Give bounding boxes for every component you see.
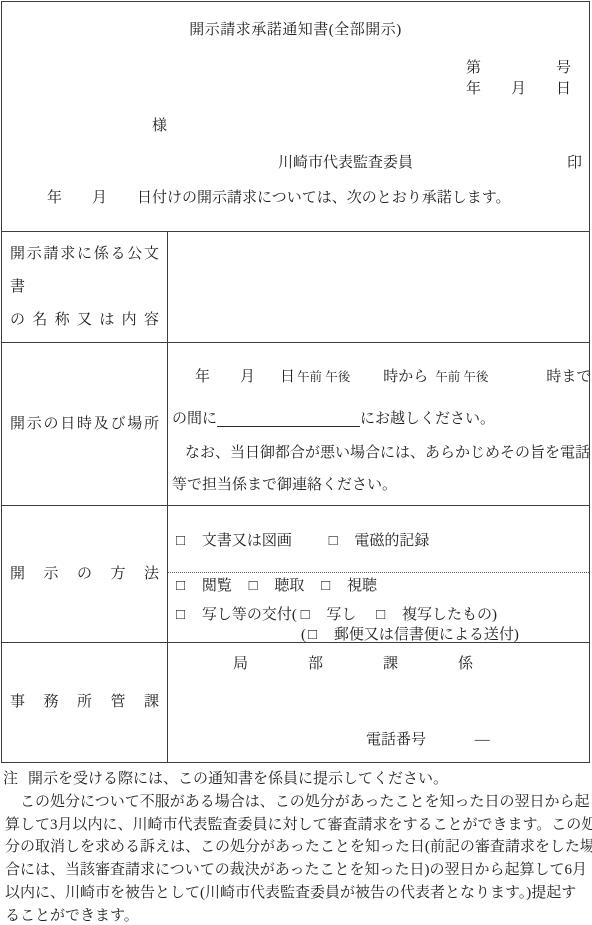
datetime-line: 年 月 日 午前 午後 時から 午前 午後 時まで bbox=[168, 360, 589, 394]
phone-dash: ― bbox=[475, 732, 490, 748]
time-until-label: 時まで bbox=[546, 370, 591, 385]
label-method-text: 開示の方法 bbox=[10, 558, 159, 591]
label-document-name-line1: 開示請求に係る公文書 bbox=[10, 238, 159, 304]
pm-label: 午後 bbox=[463, 370, 488, 384]
checkbox-icon: □ bbox=[308, 628, 317, 643]
ampm-stack-end: 午前 午後 bbox=[435, 370, 488, 385]
issuer-line: 川崎市代表監査委員 印 bbox=[278, 156, 582, 171]
datetime-place-cell: 年 月 日 午前 午後 時から 午前 午後 時まで の間ににお越しください。 bbox=[168, 342, 589, 505]
ampm-stack-start: 午前 午後 bbox=[297, 370, 350, 385]
doc-date-line: 年 月 日 bbox=[466, 82, 571, 97]
visit-suffix: にお越しください。 bbox=[360, 411, 495, 427]
document-page: 開示請求承諾通知書(全部開示) 第 号 年 月 日 様 川崎市代表監査委員 印 … bbox=[0, 0, 592, 925]
doc-title: 開示請求承諾通知書(全部開示) bbox=[2, 23, 589, 38]
month-label: 月 bbox=[240, 370, 255, 385]
label-document-name: 開示請求に係る公文書 の名称又は内容 bbox=[2, 231, 168, 342]
document-name-field bbox=[168, 231, 589, 342]
disclosure-table: 開示請求に係る公文書 の名称又は内容 開示の日時及び場所 年 月 日 午前 午後… bbox=[2, 231, 589, 762]
phone-line: 電話番号 ― bbox=[366, 733, 490, 748]
method-row-inspection: □ 閲覧 □ 聴取 □ 視聴 bbox=[176, 579, 377, 594]
checkbox-icon: □ bbox=[301, 608, 310, 623]
method-row-mail: (□ 郵便又は信書便による送付) bbox=[301, 628, 519, 643]
label-office-text: 事務所管課 bbox=[10, 686, 159, 719]
checkbox-icon: □ bbox=[176, 608, 185, 623]
checkbox-icon: □ bbox=[176, 534, 185, 549]
note-line: 合には、当該審査請求についての裁決があったことを知った日)の翌日から起算して6月 bbox=[5, 859, 590, 882]
option-mail-delivery: 郵便又は信書便による送付) bbox=[334, 627, 519, 643]
option-document-or-drawing: 文書又は図画 bbox=[202, 533, 292, 549]
visit-prefix: の間に bbox=[172, 411, 217, 427]
option-view: 閲覧 bbox=[202, 578, 232, 594]
year-label: 年 bbox=[195, 370, 210, 385]
checkbox-icon: □ bbox=[249, 579, 258, 594]
note-line: 注開示を受ける際には、この通知書を係員に提示してください。 bbox=[3, 768, 590, 791]
visit-line: の間ににお越しください。 bbox=[172, 411, 495, 427]
remark-line-2: 等で担当係まで御連絡ください。 bbox=[172, 478, 397, 493]
option-copy: 写し bbox=[326, 607, 356, 623]
time-from-label: 時から bbox=[383, 370, 428, 385]
pm-label: 午後 bbox=[325, 370, 350, 384]
note-line: ることができます。 bbox=[5, 905, 590, 925]
am-label: 午前 bbox=[297, 370, 322, 384]
checkbox-icon: □ bbox=[329, 534, 338, 549]
seal-mark: 印 bbox=[567, 156, 582, 171]
office-cell: 局 部 課 係 電話番号 ― bbox=[168, 642, 589, 762]
place-blank-underline bbox=[217, 411, 360, 427]
checkbox-icon: □ bbox=[376, 608, 385, 623]
form-border-box: 開示請求承諾通知書(全部開示) 第 号 年 月 日 様 川崎市代表監査委員 印 … bbox=[1, 1, 590, 763]
am-label: 午前 bbox=[435, 370, 460, 384]
note-block: 注開示を受ける際には、この通知書を係員に提示してください。 この処分について不服… bbox=[5, 768, 590, 925]
option-watch: 視聴 bbox=[347, 578, 377, 594]
note-text: 開示を受ける際には、この通知書を係員に提示してください。 bbox=[28, 771, 448, 787]
note-prefix: 注 bbox=[3, 771, 18, 787]
remark-line-1: なお、当日御都合が悪い場合には、あらかじめその旨を電話 bbox=[185, 446, 590, 461]
open-paren: ( bbox=[301, 627, 306, 643]
option-copy-delivery: 写し等の交付( bbox=[202, 607, 297, 623]
day-label: 日 bbox=[280, 370, 295, 385]
note-line: 以内に、川崎市を被告として(川崎市代表監査委員が被告の代表者となります。)提起す bbox=[5, 882, 590, 905]
method-row-media: □ 文書又は図画 □ 電磁的記録 bbox=[176, 534, 429, 549]
issuer-name: 川崎市代表監査委員 bbox=[278, 155, 413, 171]
label-method: 開示の方法 bbox=[2, 505, 168, 642]
intro-line: 年 月 日付けの開示請求については、次のとおり承諾します。 bbox=[47, 191, 511, 206]
option-listen: 聴取 bbox=[274, 578, 304, 594]
checkbox-icon: □ bbox=[176, 579, 185, 594]
option-reproduction: 複写したもの) bbox=[402, 607, 497, 623]
option-electronic-record: 電磁的記録 bbox=[354, 533, 429, 549]
org-structure-line: 局 部 課 係 bbox=[233, 657, 473, 672]
phone-label: 電話番号 bbox=[366, 732, 426, 748]
note-line: この処分について不服がある場合は、この処分があったことを知った日の翌日から起 bbox=[20, 791, 590, 814]
method-cell: □ 文書又は図画 □ 電磁的記録 □ 閲覧 □ 聴取 □ 視聴 □ 写し等の交付… bbox=[168, 505, 589, 642]
note-line: 算して3月以内に、川崎市代表監査委員に対して審査請求をすることができます。この処 bbox=[5, 814, 590, 837]
method-row-copy: □ 写し等の交付( □ 写し □ 複写したもの) bbox=[176, 608, 497, 623]
label-datetime-place-text: 開示の日時及び場所 bbox=[10, 408, 159, 441]
checkbox-icon: □ bbox=[321, 579, 330, 594]
addressee-suffix: 様 bbox=[152, 119, 167, 134]
note-line: 分の取消しを求める訴えは、この処分があったことを知った日(前記の審査請求をした場 bbox=[5, 836, 590, 859]
label-datetime-place: 開示の日時及び場所 bbox=[2, 342, 168, 505]
label-office: 事務所管課 bbox=[2, 642, 168, 762]
label-document-name-line2: の名称又は内容 bbox=[10, 304, 159, 337]
doc-number-line: 第 号 bbox=[466, 61, 571, 76]
dotted-divider bbox=[168, 572, 589, 573]
